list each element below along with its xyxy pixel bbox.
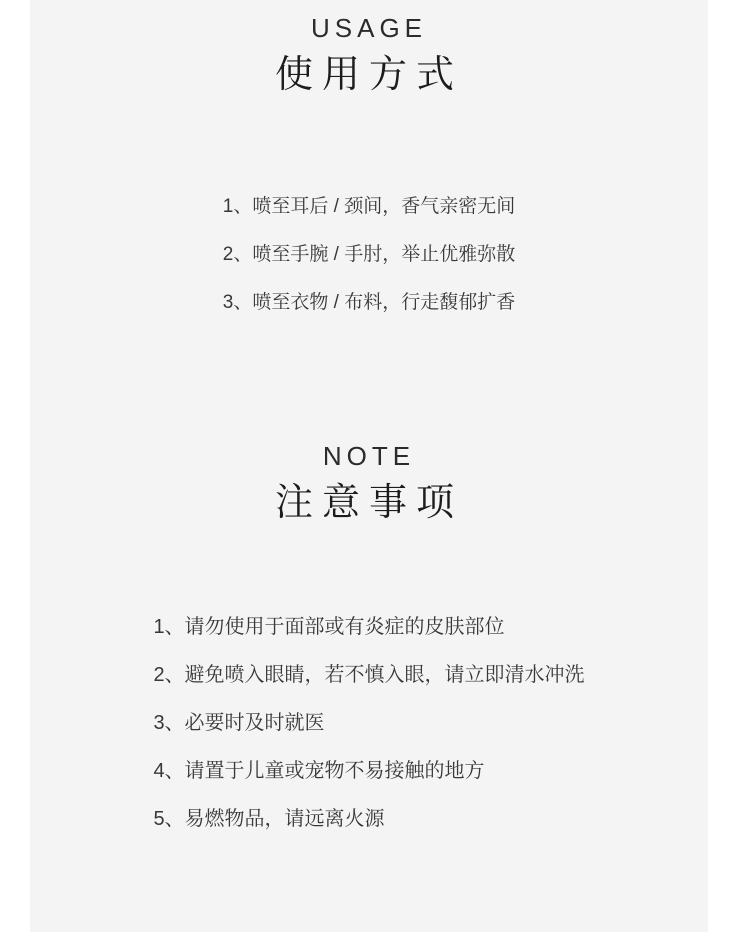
note-list: 1、请勿使用于面部或有炎症的皮肤部位 2、避免喷入眼睛，若不慎入眼，请立即清水冲… [153,603,584,843]
note-title-cn: 注意事项 [30,481,708,527]
detail-image-panel: USAGE 使用方式 1、喷至耳后 / 颈间，香气亲密无间 2、喷至手腕 / 手… [30,0,708,932]
usage-item: 2、喷至手腕 / 手肘，举止优雅弥散 [223,231,515,279]
note-item: 2、避免喷入眼睛，若不慎入眼，请立即清水冲洗 [153,651,584,699]
usage-item: 3、喷至衣物 / 布料，行走馥郁扩香 [223,279,515,327]
note-item: 4、请置于儿童或宠物不易接触的地方 [153,747,584,795]
note-item: 5、易燃物品，请远离火源 [153,795,584,843]
usage-item: 1、喷至耳后 / 颈间，香气亲密无间 [223,183,515,231]
note-item: 1、请勿使用于面部或有炎症的皮肤部位 [153,603,584,651]
usage-section: USAGE 使用方式 1、喷至耳后 / 颈间，香气亲密无间 2、喷至手腕 / 手… [30,0,708,327]
note-title-en: NOTE [30,441,708,472]
usage-list: 1、喷至耳后 / 颈间，香气亲密无间 2、喷至手腕 / 手肘，举止优雅弥散 3、… [223,183,515,327]
note-section: NOTE 注意事项 1、请勿使用于面部或有炎症的皮肤部位 2、避免喷入眼睛，若不… [30,441,708,843]
usage-title-en: USAGE [30,0,708,44]
note-item: 3、必要时及时就医 [153,699,584,747]
product-detail-page: USAGE 使用方式 1、喷至耳后 / 颈间，香气亲密无间 2、喷至手腕 / 手… [0,0,748,932]
usage-title-cn: 使用方式 [30,53,708,99]
